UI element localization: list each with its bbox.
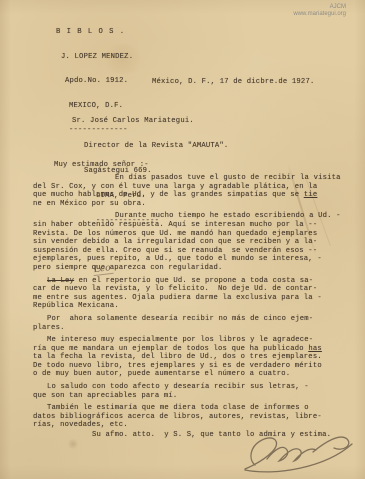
typed-line: Me intereso muy especialmente por los li…	[33, 336, 338, 345]
typed-line: o de muy buen autor, puede aumentarse el…	[33, 370, 338, 379]
paragraph: La Ley en el repertorio que Ud. se propo…	[33, 277, 338, 311]
signature	[233, 419, 361, 477]
watermark-initials: AJCM	[293, 4, 346, 11]
struck-text: La Ley	[47, 277, 74, 285]
typed-line: En días pasados tuve el gusto de recibir…	[33, 174, 338, 183]
recipient-title: Director de la Revista "AMAUTA".	[84, 142, 228, 151]
typed-line: pero siempre que aparezca con regularida…	[33, 264, 338, 273]
paragraph: Lo saludo con todo afecto y desearía rec…	[33, 383, 338, 400]
paragraph: Durante mucho tiempo he estado escribien…	[33, 212, 338, 272]
typed-line: ría que me mandara un ejemplar de todos …	[33, 345, 338, 354]
typed-line: ne en México por su obra.	[33, 200, 338, 209]
salutation: Muy estimado señor :-	[54, 161, 149, 169]
typed-line: plares.	[33, 324, 338, 333]
paragraph: En días pasados tuve el gusto de recibir…	[33, 174, 338, 208]
typed-line: ta la fecha la revista, del libro de Ud.…	[33, 353, 338, 362]
typed-line: del Sr. Cox, y con él tuve una larga y a…	[33, 183, 338, 192]
typed-line: República Mexicana.	[33, 302, 338, 311]
watermark-url: www.mariategui.org	[293, 11, 346, 18]
typed-line: sin vender debido a la irregularidad con…	[33, 238, 338, 247]
typed-line: La Ley en el repertorio que Ud. se propo…	[33, 277, 338, 286]
watermark: AJCM www.mariategui.org	[293, 4, 346, 19]
typed-line: Durante mucho tiempo he estado escribien…	[33, 212, 338, 221]
pencil-smudge	[68, 438, 78, 450]
letter-body: En días pasados tuve el gusto de recibir…	[33, 174, 338, 434]
dateline: México, D. F., 17 de dicbre.de 1927.	[152, 78, 314, 86]
typed-line: car de nuevo la revista, y lo felicito. …	[33, 285, 338, 294]
typed-line: que son tan apreciables para mí.	[33, 392, 338, 401]
typed-line: ejemplares, pues repito, a Ud., que todo…	[33, 255, 338, 264]
underlined-text: has	[308, 345, 322, 353]
underlined-text: tie	[304, 191, 318, 199]
typed-line: que mucho hablamos de Ud. y de las grand…	[33, 191, 338, 200]
typed-line: Por ahora solamente desearía recibir no …	[33, 315, 338, 324]
paragraph: Me intereso muy especialmente por los li…	[33, 336, 338, 379]
paragraph: Por ahora solamente desearía recibir no …	[33, 315, 338, 332]
letterhead-agent: J. LOPEZ MENDEZ.	[61, 53, 133, 62]
typed-line: Revista. De los números que Ud. me mandó…	[33, 230, 338, 239]
letter-page: AJCM www.mariategui.org B I B L O S . J.…	[0, 0, 365, 479]
letterhead-name: B I B L O S .	[56, 28, 133, 37]
typed-line: Lo saludo con todo afecto y desearía rec…	[33, 383, 338, 392]
letterhead-pobox: Apdo.No. 1912.	[65, 77, 133, 86]
typed-line: sin haber obtenido respuesta. Aquí se in…	[33, 221, 338, 230]
typed-line: También le estimaría que me diera toda c…	[33, 404, 338, 413]
recipient-name: Sr. José Carlos Mariategui.	[72, 117, 228, 126]
